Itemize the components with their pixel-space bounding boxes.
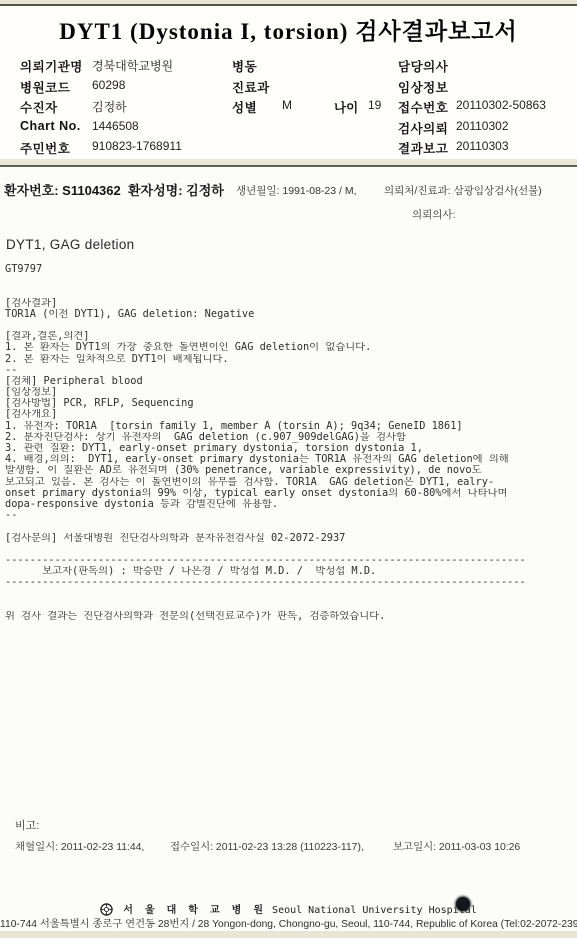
- field-label: 수진자: [20, 98, 92, 116]
- header-middle-column: 병동 진료과 성별 M 나이 19: [232, 57, 381, 119]
- report-datetime: 보고일시: 2011-03-03 10:26: [393, 838, 520, 853]
- report-line: 4. 배경,의의: DYT1, early-onset primary dyst…: [5, 454, 573, 465]
- field-value: 20110302: [456, 119, 509, 133]
- report-line: [검사방법] PCR, RFLP, Sequencing: [5, 398, 573, 409]
- field-label: 병동: [232, 57, 282, 75]
- field-label: 접수번호: [398, 98, 456, 116]
- field-label: 담당의사: [398, 57, 456, 75]
- report-line: [5, 320, 573, 331]
- report-line: 보고되고 있음. 본 검사는 이 돌연변이의 유무를 검사함. TOR1A GA…: [5, 477, 573, 488]
- header-right-column: 담당의사 임상정보 접수번호 20110302-50863 검사의뢰 20110…: [398, 57, 546, 160]
- report-line: onset primary dystonia의 99% 이상, typical …: [5, 488, 573, 499]
- field-value: 19: [368, 98, 381, 112]
- field-value: 1446508: [92, 119, 139, 133]
- field-label: 검사의뢰: [398, 119, 456, 137]
- patient-bar: 환자번호: S1104362 환자성명: 김정하 생년월일: 1991-08-2…: [0, 180, 577, 220]
- field-receipt-no: 접수번호 20110302-50863: [398, 98, 546, 119]
- collection-datetime: 채혈일시: 2011-02-23 11:44,: [15, 838, 144, 853]
- patient-number: 환자번호: S1104362: [4, 180, 121, 199]
- seal-stamp-icon: [456, 897, 470, 911]
- report-line: [5, 544, 573, 555]
- referring-doctor: 의뢰의사:: [412, 207, 456, 222]
- report-line: [5, 275, 573, 286]
- report-line: TOR1A (이전 DYT1), GAG deletion: Negative: [5, 309, 573, 320]
- report-line: 1. 본 환자는 DYT1의 가장 중요한 돌연변이인 GAG deletion…: [5, 342, 573, 353]
- report-line: 3. 관련 질환: DYT1, early-onset primary dyst…: [5, 443, 573, 454]
- report-line: [검체] Peripheral blood: [5, 376, 573, 387]
- page-title: DYT1 (Dystonia I, torsion) 검사결과보고서: [0, 13, 577, 46]
- field-sex-age: 성별 M 나이 19: [232, 98, 381, 119]
- report-line: 2. 분자진단검사: 상기 유전자의 GAG deletion (c.907_9…: [5, 432, 573, 443]
- receipt-datetime: 접수일시: 2011-02-23 13:28 (110223-117),: [170, 838, 364, 853]
- field-department: 진료과: [232, 78, 381, 99]
- patient-birthdate: 생년월일: 1991-08-23 / M,: [236, 183, 357, 198]
- top-border-rule: [0, 4, 577, 6]
- field-label: 나이: [334, 98, 368, 116]
- remarks-label: 비고:: [15, 817, 39, 833]
- field-hospital-code: 병원코드 60298: [20, 78, 182, 99]
- referrer-department: 의뢰처/진료과: 삼광임상검사(선불): [384, 183, 542, 198]
- footer-address: 110-744 서울특별시 종로구 연건동 28번지 / 28 Yongon-d…: [0, 915, 577, 930]
- bottom-scan-band: [0, 931, 577, 938]
- field-label: 진료과: [232, 78, 282, 96]
- field-value: 경북대학교병원: [92, 57, 173, 74]
- field-value: 김정하: [92, 98, 127, 115]
- field-attending-doctor: 담당의사: [398, 57, 546, 78]
- field-label: 의뢰기관명: [20, 57, 92, 75]
- field-label: Chart No.: [20, 119, 92, 133]
- lab-report-page: DYT1 (Dystonia I, torsion) 검사결과보고서 의뢰기관명…: [0, 0, 577, 938]
- report-line: [검사개요]: [5, 409, 573, 420]
- field-chart-no: Chart No. 1446508: [20, 119, 182, 140]
- report-line: [5, 588, 573, 599]
- field-value: 20110303: [456, 139, 509, 153]
- patient-name: 환자성명: 김정하: [128, 180, 224, 199]
- report-line: 1. 유전자: TOR1A [torsin family 1, member A…: [5, 421, 573, 432]
- report-line: dopa-responsive dystonia 등과 감별진단에 유용함.: [5, 499, 573, 510]
- field-value: 910823-1768911: [92, 139, 182, 153]
- report-line: [5, 600, 573, 611]
- report-text-block: GT9797[검사결과]TOR1A (이전 DYT1), GAG deletio…: [5, 264, 573, 622]
- report-line: [임상정보]: [5, 387, 573, 398]
- field-label: 성별: [232, 98, 282, 116]
- field-result-report-date: 결과보고 20110303: [398, 139, 546, 160]
- report-line: 발생함. 이 질환은 AD로 유전되며 (30% penetrance, var…: [5, 465, 573, 476]
- report-line: [검사문의] 서울대병원 진단검사의학과 분자유전검사실 02-2072-293…: [5, 533, 573, 544]
- field-value: M: [282, 98, 292, 112]
- report-line: 위 검사 결과는 진단검사의학과 전문의(선택진료교수)가 판독, 검증하였습니…: [5, 611, 573, 622]
- report-line: GT9797: [5, 264, 573, 275]
- field-ward: 병동: [232, 57, 381, 78]
- report-line: [5, 521, 573, 532]
- field-label: 결과보고: [398, 139, 456, 157]
- report-line: [결과,결론,의견]: [5, 331, 573, 342]
- report-line: ----------------------------------------…: [5, 577, 573, 588]
- report-line: 보고자(판독의) : 박승만 / 나은경 / 박성섭 M.D. / 박성섭 M.…: [5, 566, 573, 577]
- field-label: 임상정보: [398, 78, 456, 96]
- field-requesting-org: 의뢰기관명 경북대학교병원: [20, 57, 182, 78]
- report-line: --: [5, 365, 573, 376]
- field-value: 20110302-50863: [456, 98, 546, 112]
- report-line: ----------------------------------------…: [5, 555, 573, 566]
- field-label: 주민번호: [20, 139, 92, 157]
- test-name: DYT1, GAG deletion: [6, 237, 134, 252]
- field-examinee: 수진자 김정하: [20, 98, 182, 119]
- report-line: 2. 본 환자는 일차적으로 DYT1이 배제됩니다.: [5, 354, 573, 365]
- report-line: [검사결과]: [5, 298, 573, 309]
- report-line: --: [5, 510, 573, 521]
- report-line: [5, 286, 573, 297]
- field-label: 병원코드: [20, 78, 92, 96]
- header-left-column: 의뢰기관명 경북대학교병원 병원코드 60298 수진자 김정하 Chart N…: [20, 57, 182, 160]
- field-resident-no: 주민번호 910823-1768911: [20, 139, 182, 160]
- field-value: 60298: [92, 78, 125, 92]
- field-clinical-info: 임상정보: [398, 78, 546, 99]
- field-test-request-date: 검사의뢰 20110302: [398, 119, 546, 140]
